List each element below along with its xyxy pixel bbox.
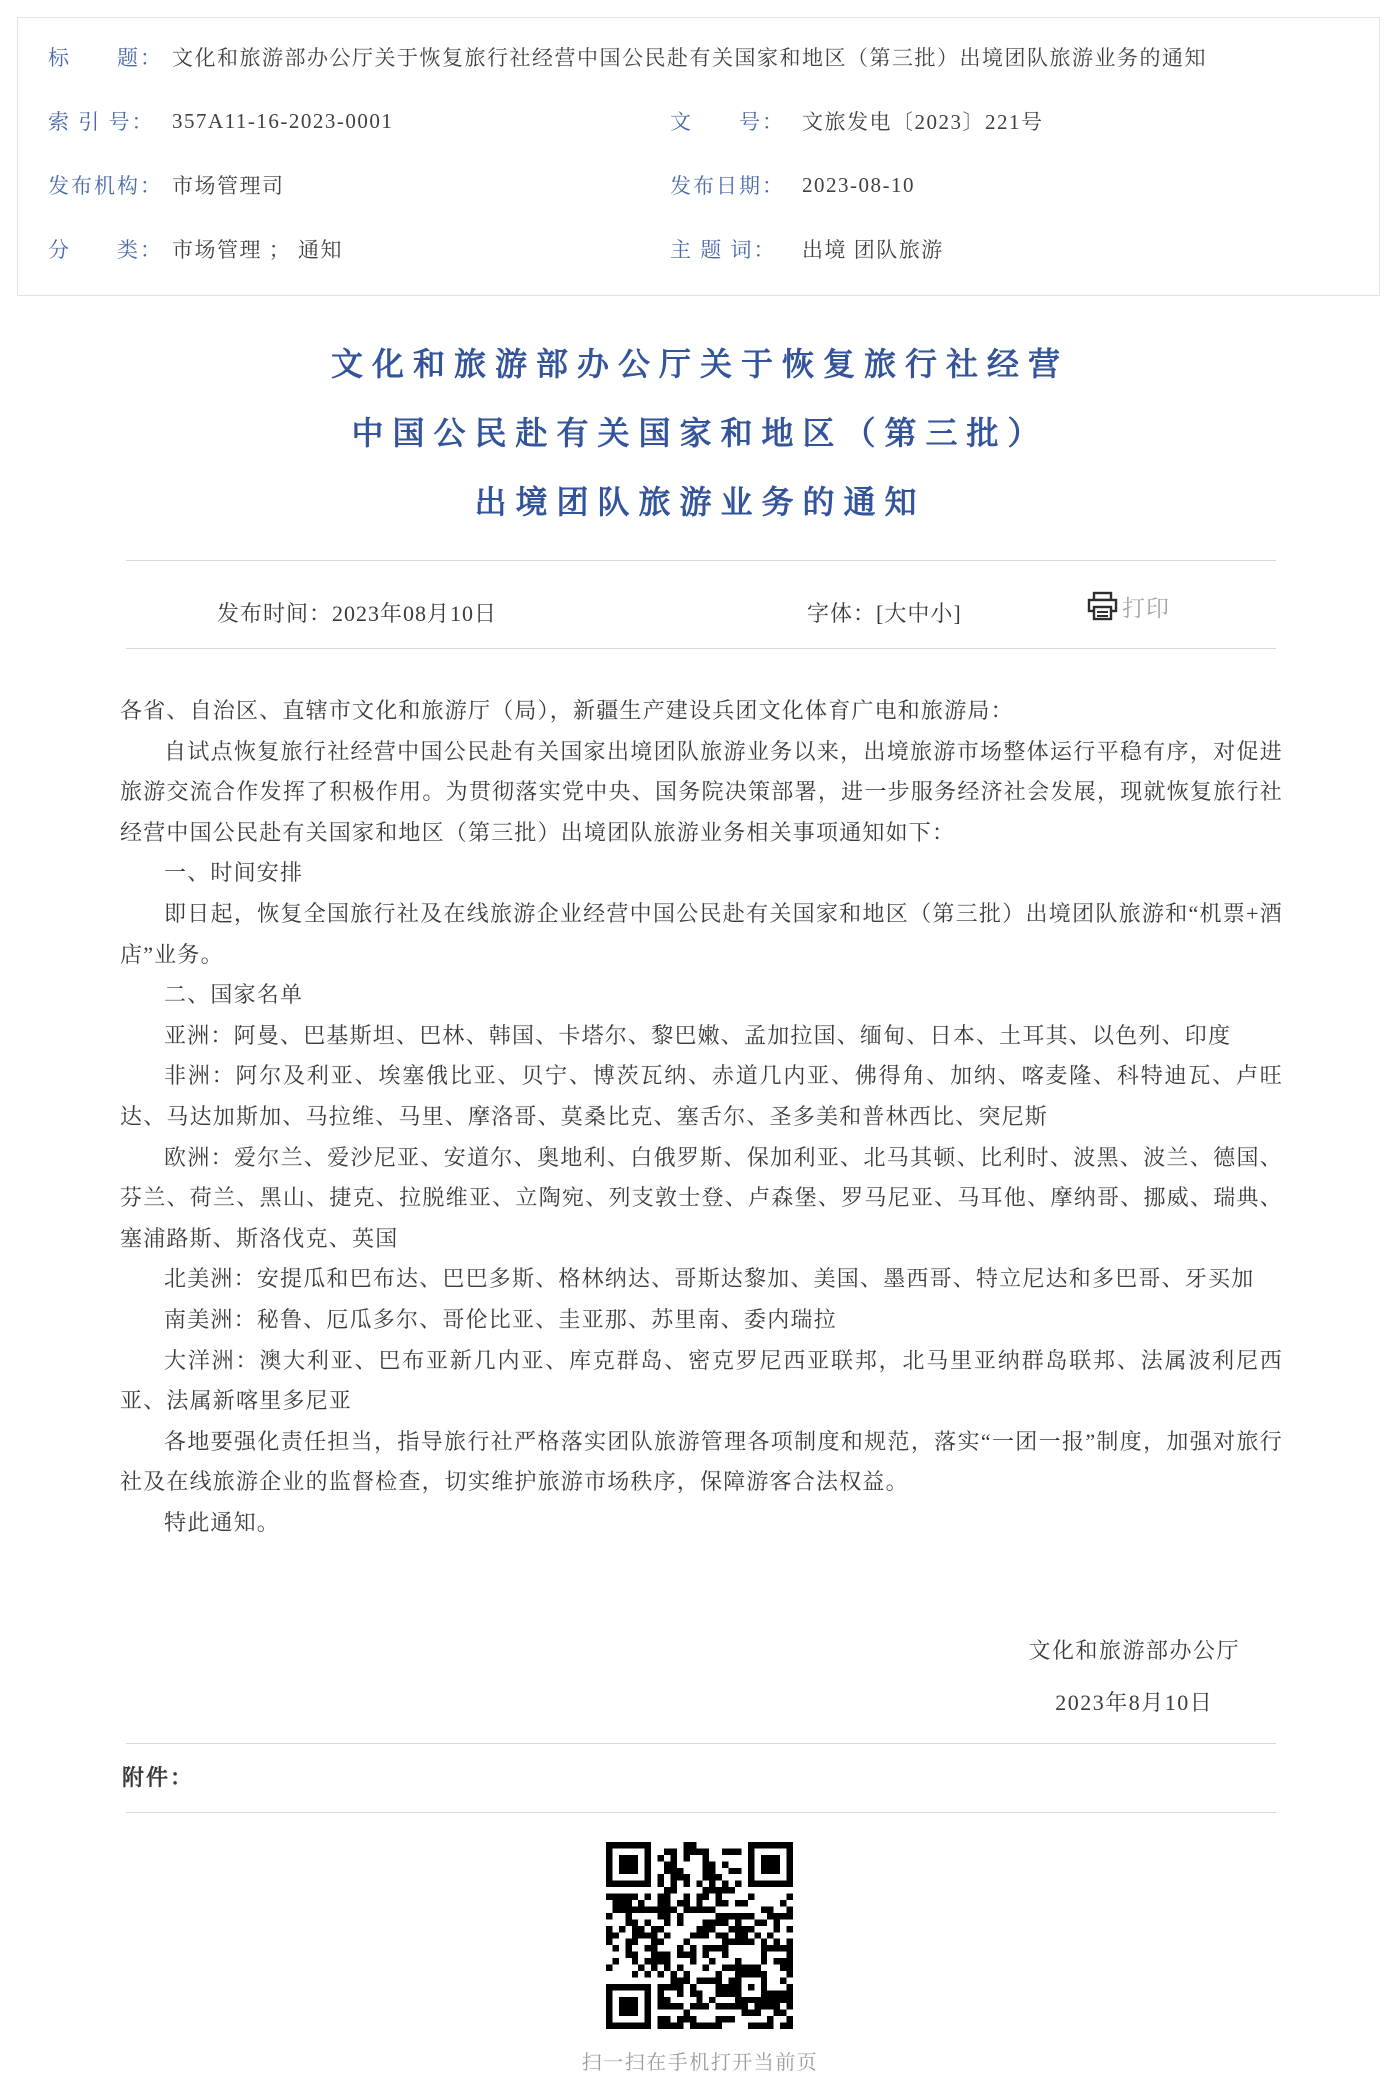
document-title: 文化和旅游部办公厅关于恢复旅行社经营 中国公民赴有关国家和地区（第三批） 出境团… <box>0 330 1400 537</box>
country-list-south-america: 南美洲：秘鲁、厄瓜多尔、哥伦比亚、圭亚那、苏里南、委内瑞拉 <box>120 1300 1283 1341</box>
section-2-heading: 二、国家名单 <box>120 975 1283 1016</box>
paragraph-salutation: 各省、自治区、直辖市文化和旅游厅（局），新疆生产建设兵团文化体育广电和旅游局： <box>120 691 1283 732</box>
country-list-europe: 欧洲：爱尔兰、爱沙尼亚、安道尔、奥地利、白俄罗斯、保加利亚、北马其顿、比利时、波… <box>120 1138 1283 1260</box>
document-metadata-table: 标 题： 文化和旅游部办公厅关于恢复旅行社经营中国公民赴有关国家和地区（第三批）… <box>17 17 1380 296</box>
divider-attachment-bottom <box>126 1812 1276 1813</box>
scan-hint: 扫一扫在手机打开当前页 <box>0 2046 1400 2075</box>
meta-row-title: 标 题： 文化和旅游部办公厅关于恢复旅行社经营中国公民赴有关国家和地区（第三批）… <box>18 25 1379 89</box>
attachment-label: 附件： <box>122 1761 194 1792</box>
publish-time: 发布时间：2023年08月10日 <box>217 597 497 628</box>
section-1-heading: 一、时间安排 <box>120 853 1283 894</box>
divider-toolbar-bottom <box>126 648 1276 649</box>
meta-row-category: 分 类： 市场管理 ； 通知 主 题 词： 出境 团队旅游 <box>18 217 1379 281</box>
publish-time-label: 发布时间： <box>217 601 332 626</box>
country-list-oceania: 大洋洲：澳大利亚、巴布亚新几内亚、库克群岛、密克罗尼西亚联邦，北马里亚纳群岛联邦… <box>120 1341 1283 1422</box>
document-title-line-2: 中国公民赴有关国家和地区（第三批） <box>0 399 1400 468</box>
country-list-north-america: 北美洲：安提瓜和巴布达、巴巴多斯、格林纳达、哥斯达黎加、美国、墨西哥、特立尼达和… <box>120 1259 1283 1300</box>
document-body: 各省、自治区、直辖市文化和旅游厅（局），新疆生产建设兵团文化体育广电和旅游局： … <box>120 691 1283 1543</box>
signature-date: 2023年8月10日 <box>1028 1677 1240 1729</box>
paragraph-supervision: 各地要强化责任担当，指导旅行社严格落实团队旅游管理各项制度和规范，落实“一团一报… <box>120 1422 1283 1503</box>
document-title-line-1: 文化和旅游部办公厅关于恢复旅行社经营 <box>0 330 1400 399</box>
document-title-line-3: 出境团队旅游业务的通知 <box>0 468 1400 537</box>
meta-docno-label: 文 号： <box>666 106 802 136</box>
country-list-asia: 亚洲：阿曼、巴基斯坦、巴林、韩国、卡塔尔、黎巴嫩、孟加拉国、缅甸、日本、土耳其、… <box>120 1016 1283 1057</box>
font-size-label: 字体： <box>807 601 876 626</box>
print-label: 打印 <box>1122 590 1170 623</box>
font-size-options[interactable]: [大中小] <box>876 601 962 626</box>
meta-pubdate-value: 2023-08-10 <box>802 173 915 198</box>
signature-block: 文化和旅游部办公厅 2023年8月10日 <box>1028 1625 1240 1729</box>
country-list-africa: 非洲：阿尔及利亚、埃塞俄比亚、贝宁、博茨瓦纳、赤道几内亚、佛得角、加纳、喀麦隆、… <box>120 1056 1283 1137</box>
meta-docno-value: 文旅发电〔2023〕221号 <box>802 106 1044 136</box>
paragraph-intro: 自试点恢复旅行社经营中国公民赴有关国家出境团队旅游业务以来，出境旅游市场整体运行… <box>120 732 1283 854</box>
publish-time-value: 2023年08月10日 <box>332 601 497 626</box>
meta-agency-label: 发布机构： <box>18 170 172 200</box>
print-button[interactable]: 打印 <box>1086 590 1170 623</box>
divider-attachment-top <box>126 1743 1276 1744</box>
meta-index-value: 357A11-16-2023-0001 <box>172 109 393 134</box>
meta-pubdate-label: 发布日期： <box>666 170 802 200</box>
meta-title-value: 文化和旅游部办公厅关于恢复旅行社经营中国公民赴有关国家和地区（第三批）出境团队旅… <box>172 42 1207 72</box>
meta-index-label: 索 引 号： <box>18 106 172 136</box>
meta-category-value: 市场管理 ； 通知 <box>172 234 343 264</box>
printer-icon <box>1086 591 1122 622</box>
meta-subject-label: 主 题 词： <box>666 234 802 264</box>
qr-code <box>606 1842 793 2029</box>
meta-agency-value: 市场管理司 <box>172 170 285 200</box>
meta-subject-value: 出境 团队旅游 <box>802 234 944 264</box>
paragraph-closing: 特此通知。 <box>120 1503 1283 1544</box>
meta-category-label: 分 类： <box>18 234 172 264</box>
meta-row-agency: 发布机构： 市场管理司 发布日期： 2023-08-10 <box>18 153 1379 217</box>
divider-top <box>126 560 1276 561</box>
meta-row-index: 索 引 号： 357A11-16-2023-0001 文 号： 文旅发电〔202… <box>18 89 1379 153</box>
signature-org: 文化和旅游部办公厅 <box>1028 1625 1240 1677</box>
meta-title-label: 标 题： <box>18 42 172 72</box>
font-size-selector[interactable]: 字体：[大中小] <box>807 597 962 628</box>
section-1-content: 即日起，恢复全国旅行社及在线旅游企业经营中国公民赴有关国家和地区（第三批）出境团… <box>120 894 1283 975</box>
